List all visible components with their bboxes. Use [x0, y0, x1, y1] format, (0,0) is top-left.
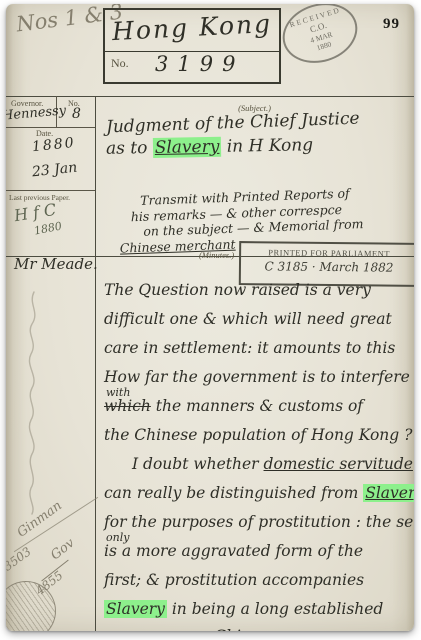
underlined-phrase: domestic servitude [264, 455, 413, 473]
struck-word: which [104, 397, 151, 415]
despatch-number-row: No. 3199 [105, 52, 279, 81]
date-day: 23 Jan [31, 160, 78, 181]
inserted-word: only [106, 531, 129, 544]
minute-line: difficult one & which will need great [104, 310, 392, 328]
minute-line: The Question now raised is a very [104, 281, 371, 299]
minute-line-pre: can really be distinguished from [104, 484, 363, 502]
minute-line: How far the government is to interfere [104, 368, 410, 386]
register-no-value: 8 [72, 106, 81, 122]
subject-line2-pre: as to [106, 138, 153, 159]
number-label: No. [111, 56, 129, 71]
minute-line-pre: is [104, 542, 117, 560]
minute-line-rest: in being a long established [167, 600, 383, 618]
document-page: Nos 1 & 3 Hong Kong No. 3199 RECEIVED C.… [6, 4, 414, 631]
minute-line: I doubt whether domestic servitude [132, 455, 413, 473]
subject-slavery-highlight: Slavery [153, 137, 222, 158]
last-previous-paper-label: Last previous Paper. [9, 193, 70, 202]
minute-line: onlyis a more aggravated form of the [104, 542, 363, 560]
insertion: onlyis [104, 542, 117, 560]
horizontal-rule-date [6, 190, 95, 191]
folio-number: 99 [383, 16, 400, 33]
insertion: withwhich [104, 397, 151, 415]
minute-line-rest: a more aggravated form of the [117, 542, 363, 560]
minute-line-pre: I doubt whether [132, 455, 264, 473]
date-year: 1880 [31, 135, 76, 155]
colony-number-box: Hong Kong No. 3199 [103, 8, 281, 84]
faint-pencil-scribble [20, 286, 46, 516]
last-previous-paper-year: 1880 [33, 219, 63, 237]
minute-line: the Chinese population of Hong Kong ? [104, 426, 412, 444]
colony-row: Hong Kong [105, 10, 279, 52]
colony-name: Hong Kong [111, 9, 272, 46]
parliament-stamp-reference: C 3185 · March 1882 [241, 259, 414, 275]
received-stamp: RECEIVED C.O. 4 MAR 1880 [275, 4, 365, 72]
minutes-label: (Minutes.) [199, 250, 234, 260]
minute-line: for the purposes of prostitution : the s… [104, 513, 414, 531]
minute-line-rest: the manners & customs of [151, 397, 363, 415]
horizontal-rule-governor [6, 127, 95, 128]
minute-line: among Chinese : [156, 627, 287, 631]
parliament-stamp-title: PRINTED FOR PARLIAMENT [241, 247, 414, 259]
slavery-highlight: Slavery [104, 600, 167, 618]
minute-line: care in settlement: it amounts to this [104, 339, 395, 357]
minute-line: Slavery in being a long established [104, 600, 383, 618]
minute-addressee: Mr Meade. [14, 255, 98, 273]
pencil-reference-top: Gov [48, 536, 77, 564]
vertical-rule-margin [95, 96, 96, 631]
horizontal-rule-top [6, 96, 414, 97]
inserted-word: with [106, 386, 130, 399]
minute-line: can really be distinguished from Slavery [104, 484, 414, 502]
subject-line2: as to Slavery in H Kong [106, 135, 313, 159]
slavery-highlight: Slavery [363, 484, 414, 502]
minute-line: first; & prostitution accompanies [104, 571, 364, 589]
pencil-margin-number: 3503 [6, 544, 34, 573]
despatch-number: 3199 [155, 52, 244, 76]
subject-line2-post: in H Kong [221, 135, 313, 157]
minute-line: withwhich the manners & customs of [104, 397, 363, 415]
scanned-document-photo: Nos 1 & 3 Hong Kong No. 3199 RECEIVED C.… [0, 0, 421, 640]
